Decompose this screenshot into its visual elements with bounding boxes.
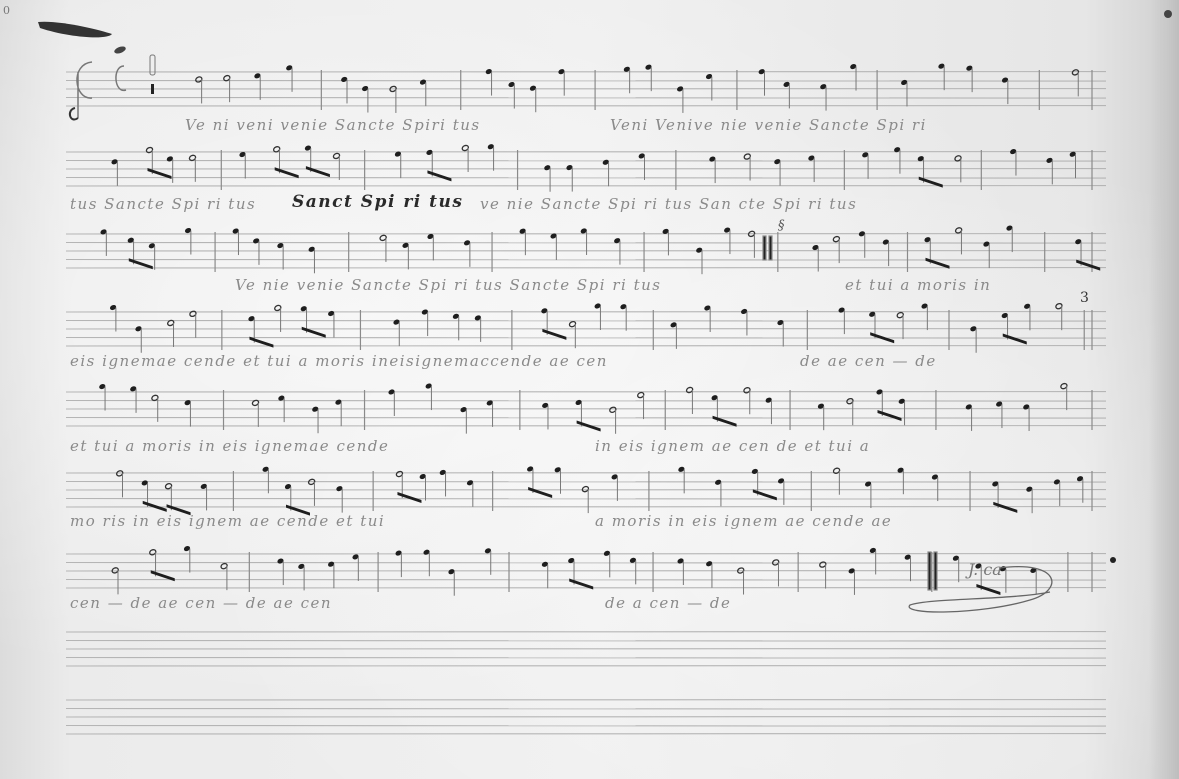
lyric-line-1a: Ve ni veni venie Sancte Spiri tus <box>185 116 481 134</box>
lyric-line-2-emphasis: Sanct Spi ri tus <box>292 192 463 212</box>
rehearsal-mark: § <box>778 218 786 233</box>
lyric-line-2a: tus Sancte Spi ri tus <box>70 195 256 213</box>
composer-signature: J. ca <box>968 560 1002 579</box>
lyric-line-2b: ve nie Sancte Spi ri tus San cte Spi ri … <box>480 195 857 213</box>
lyric-line-6b: a moris in eis ignem ae cende ae <box>595 512 892 530</box>
lyric-line-5a: et tui a moris in eis ignemae cende <box>70 437 389 455</box>
lyric-line-4b: de ae cen — de <box>800 352 937 370</box>
ink-blot <box>38 22 127 55</box>
lyric-line-6a: mo ris in eis ignem ae cende et tui <box>70 512 385 530</box>
tuplet-mark: 3 <box>1080 290 1090 306</box>
lyric-line-5b: in eis ignem ae cen de et tui a <box>595 437 870 455</box>
lyric-line-3b: et tui a moris in <box>845 276 991 294</box>
lyric-line-7a: cen — de ae cen — de ae cen <box>70 594 332 612</box>
lyric-line-3a: Ve nie venie Sancte Spi ri tus Sancte Sp… <box>235 276 661 294</box>
music-notation <box>0 0 1179 779</box>
lyric-line-4a: eis ignemae cende et tui a moris ineisig… <box>70 352 608 370</box>
clef-icon <box>70 55 155 119</box>
lyric-line-1b: Veni Venive nie venie Sancte Spi ri <box>610 116 927 134</box>
lyric-line-7b: de a cen — de <box>605 594 731 612</box>
